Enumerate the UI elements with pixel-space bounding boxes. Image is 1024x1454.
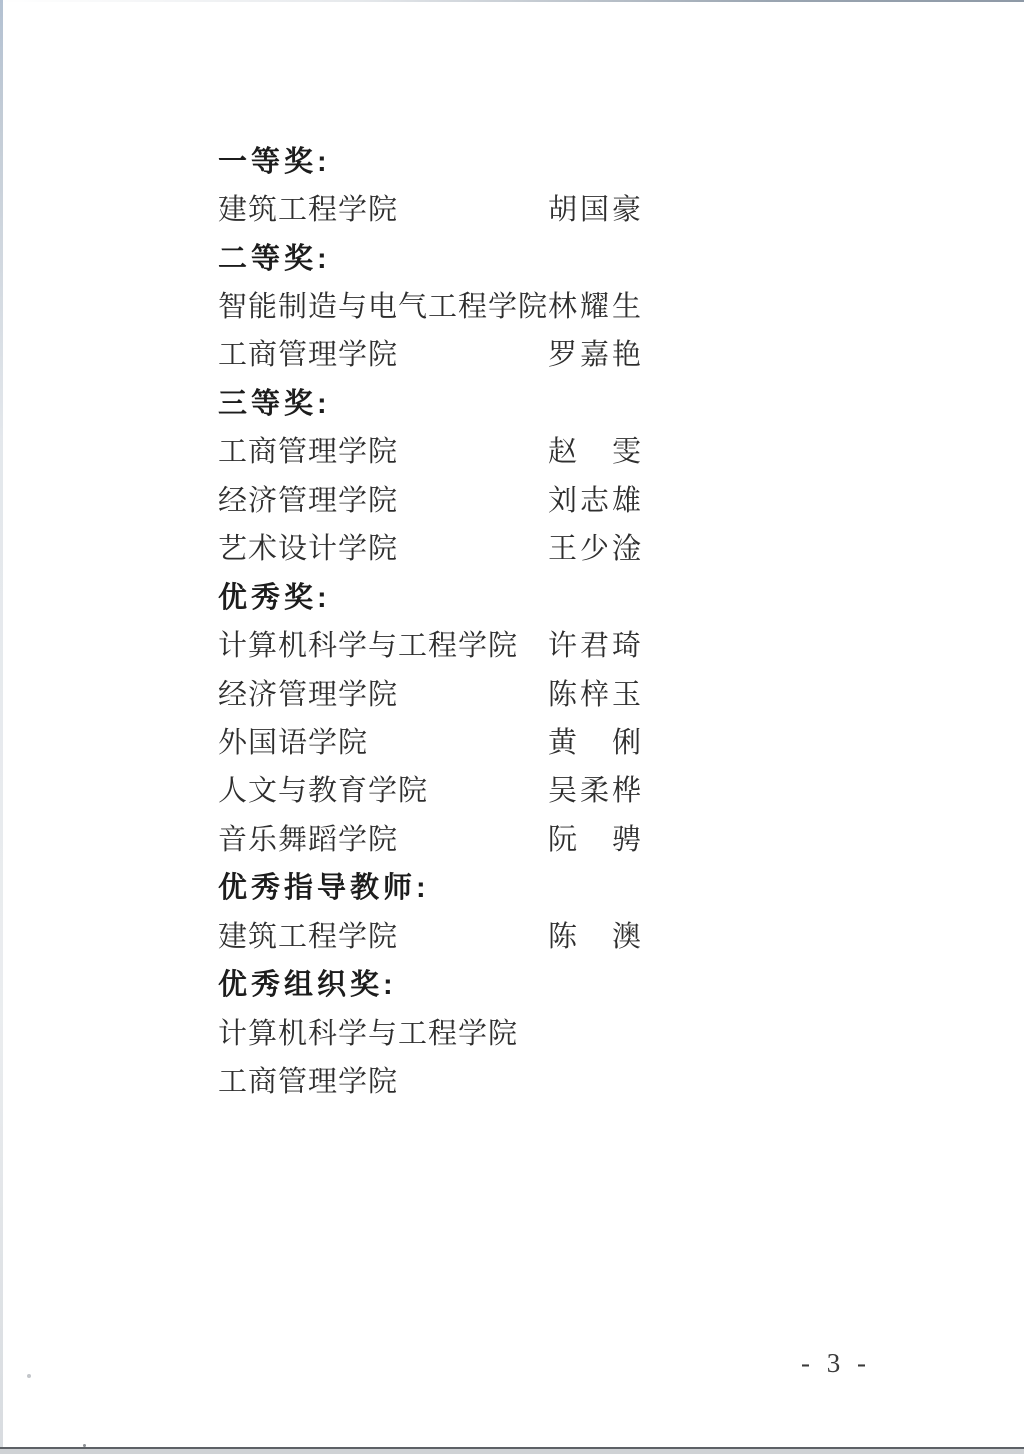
award-row: 智能制造与电气工程学院 林耀生	[218, 280, 644, 328]
award-section-title-excellent-organization: 优秀组织奖:	[218, 962, 397, 1003]
award-row: 经济管理学院 刘志雄	[218, 474, 644, 522]
college-name: 经济管理学院	[218, 478, 548, 519]
award-row: 音乐舞蹈学院 阮 骋	[218, 813, 644, 861]
college-name: 建筑工程学院	[218, 187, 548, 228]
winner-name: 吴柔桦	[548, 768, 644, 809]
award-section-title-excellent-advisor: 优秀指导教师:	[218, 865, 430, 906]
award-row: 工商管理学院 赵 雯	[218, 426, 644, 474]
college-name: 经济管理学院	[218, 672, 548, 713]
scan-bottom-edge-fill	[0, 1449, 1024, 1454]
award-section-title-excellence-prize: 优秀奖:	[218, 575, 331, 616]
winner-name: 赵 雯	[548, 429, 644, 470]
award-row: 建筑工程学院 胡国豪	[218, 183, 644, 231]
award-row: 艺术设计学院 王少淦	[218, 523, 644, 571]
college-name: 工商管理学院	[218, 1059, 548, 1100]
award-row: 计算机科学与工程学院 许君琦	[218, 619, 644, 667]
section-title-row: 一等奖:	[218, 135, 644, 183]
college-name: 智能制造与电气工程学院	[218, 284, 548, 325]
award-list: 一等奖: 建筑工程学院 胡国豪 二等奖: 智能制造与电气工程学院 林耀生 工商管…	[218, 135, 644, 1104]
winner-name: 王少淦	[548, 526, 644, 567]
winner-name: 林耀生	[548, 284, 644, 325]
scan-speckle	[83, 1444, 86, 1447]
award-row: 建筑工程学院 陈 澳	[218, 910, 644, 958]
college-name: 人文与教育学院	[218, 768, 548, 809]
winner-name: 黄 俐	[548, 720, 644, 761]
scanned-document-page: 一等奖: 建筑工程学院 胡国豪 二等奖: 智能制造与电气工程学院 林耀生 工商管…	[0, 0, 1024, 1454]
section-title-row: 优秀组织奖:	[218, 958, 644, 1006]
winner-name: 罗嘉艳	[548, 332, 644, 373]
winner-name: 许君琦	[548, 623, 644, 664]
award-row: 人文与教育学院 吴柔桦	[218, 765, 644, 813]
award-row: 计算机科学与工程学院	[218, 1007, 644, 1055]
winner-name: 阮 骋	[548, 817, 644, 858]
section-title-row: 三等奖:	[218, 377, 644, 425]
college-name: 工商管理学院	[218, 429, 548, 470]
section-title-row: 二等奖:	[218, 232, 644, 280]
college-name: 艺术设计学院	[218, 526, 548, 567]
college-name: 音乐舞蹈学院	[218, 817, 548, 858]
scan-top-edge-artifact	[0, 0, 1024, 2]
winner-name: 胡国豪	[548, 187, 644, 228]
college-name: 计算机科学与工程学院	[218, 623, 548, 664]
college-name: 工商管理学院	[218, 332, 548, 373]
section-title-row: 优秀奖:	[218, 571, 644, 619]
winner-name: 陈 澳	[548, 914, 644, 955]
award-row: 经济管理学院 陈梓玉	[218, 668, 644, 716]
college-name: 外国语学院	[218, 720, 548, 761]
section-title-row: 优秀指导教师:	[218, 862, 644, 910]
college-name: 建筑工程学院	[218, 914, 548, 955]
winner-name: 陈梓玉	[548, 672, 644, 713]
award-row: 工商管理学院	[218, 1055, 644, 1103]
award-section-title-third-prize: 三等奖:	[218, 381, 331, 422]
page-number: - 3 -	[801, 1348, 871, 1379]
award-section-title-second-prize: 二等奖:	[218, 236, 331, 277]
college-name: 计算机科学与工程学院	[218, 1011, 548, 1052]
winner-name: 刘志雄	[548, 478, 644, 519]
scan-left-edge-artifact	[0, 0, 3, 1454]
award-section-title-first-prize: 一等奖:	[218, 139, 331, 180]
award-row: 工商管理学院 罗嘉艳	[218, 329, 644, 377]
scan-speckle	[27, 1374, 31, 1378]
award-row: 外国语学院 黄 俐	[218, 716, 644, 764]
